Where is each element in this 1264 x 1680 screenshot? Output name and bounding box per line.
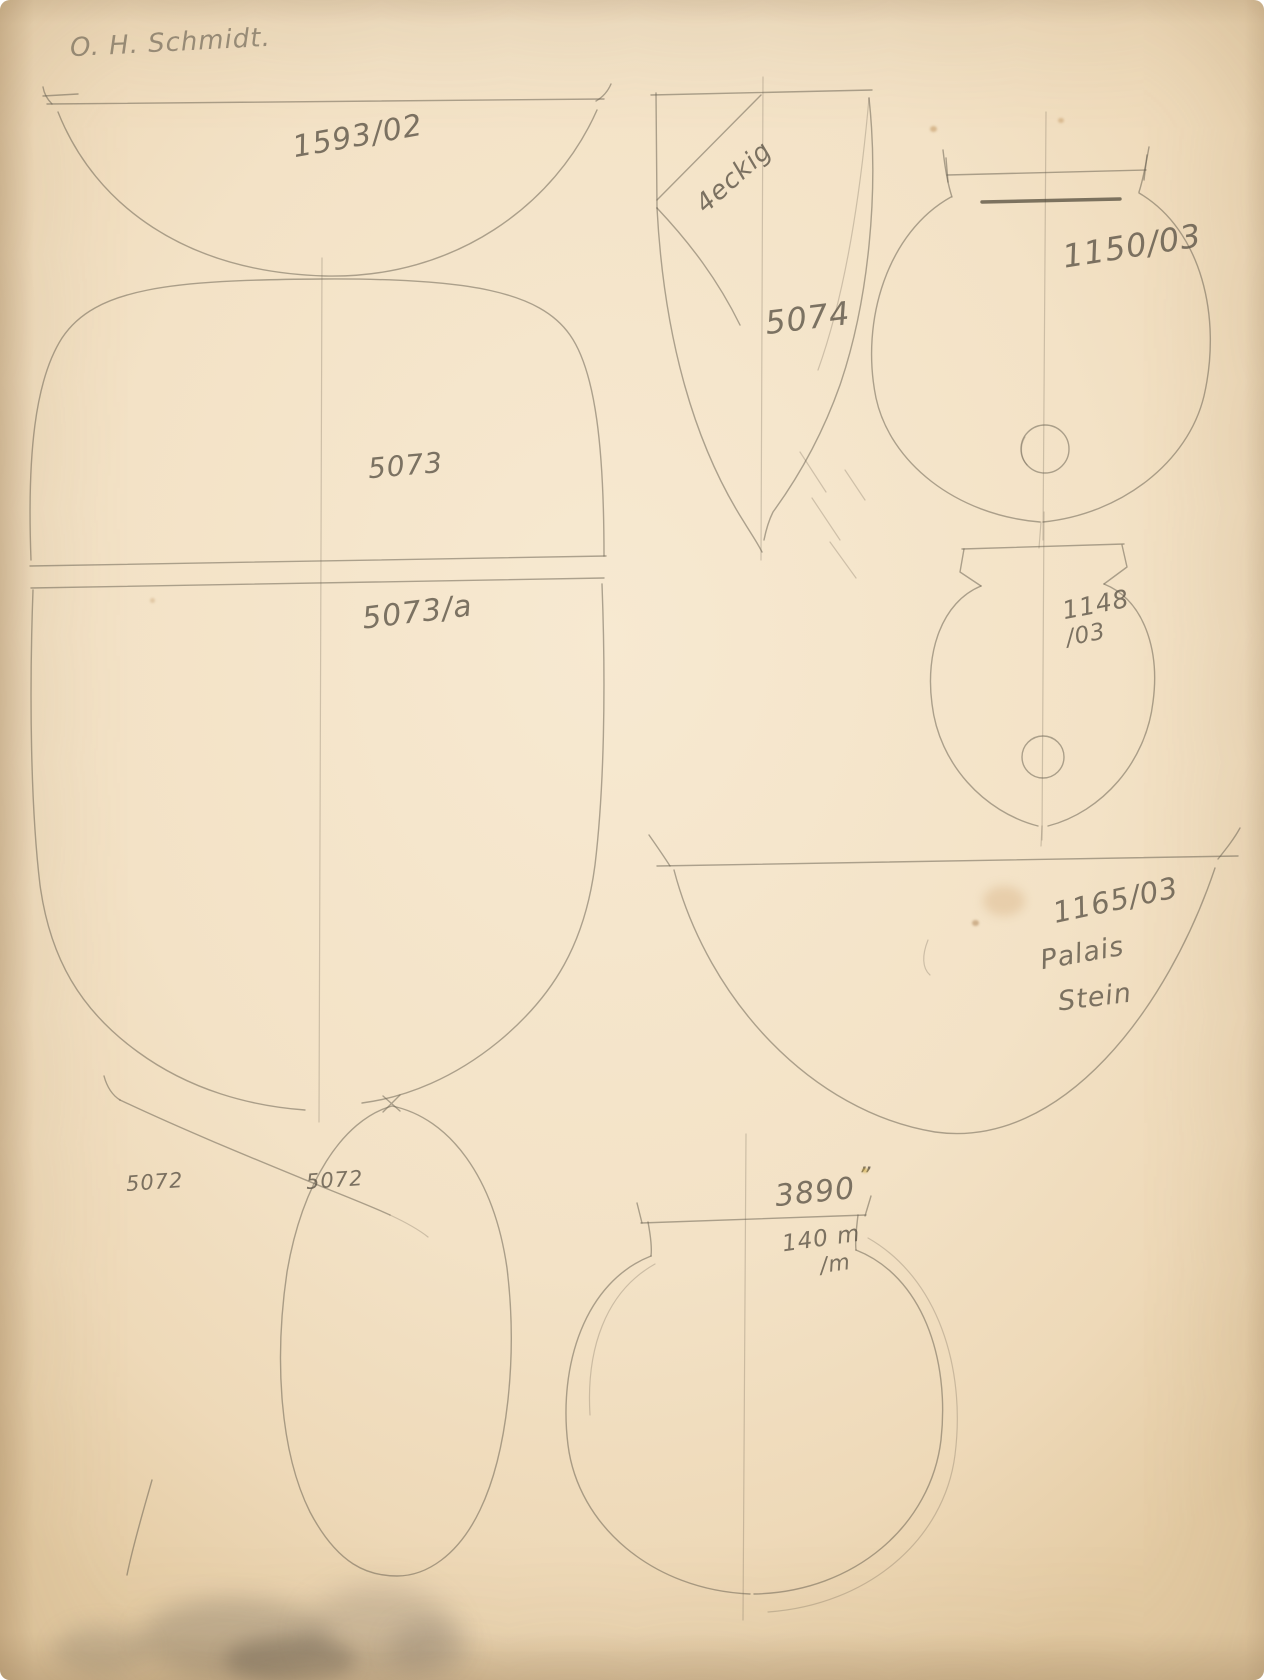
rim-step-left (960, 549, 981, 586)
label-teardrop-5072: 5072 (305, 1168, 364, 1193)
sketch-teardrop-5072 (281, 1095, 512, 1576)
shoulder-curve-fade (390, 1215, 428, 1237)
centerline-main (319, 258, 322, 1122)
rim-tick-left (43, 94, 78, 96)
sketch-vessel-5073 (30, 279, 606, 588)
rim-tick (104, 1076, 120, 1100)
stray-mark (924, 940, 930, 975)
rim-tick-right (865, 1196, 871, 1216)
scribble-1 (800, 452, 826, 492)
dome-profile (30, 279, 604, 560)
rim-line (641, 1215, 866, 1223)
sketchbook-page: O. H. Schmidt. 1593/02 5073 5073/a 4ecki… (0, 0, 1264, 1680)
top-line (651, 90, 872, 95)
sketch-bowl-1593 (43, 84, 611, 276)
sketch-vessel-5073a (31, 584, 604, 1110)
rim-line (657, 856, 1238, 866)
shoulder-curve (120, 1100, 390, 1215)
left-profile (657, 208, 762, 552)
label-pot-3890: 3890 (774, 1174, 857, 1212)
baseline-upper (30, 556, 606, 566)
scribble-4 (845, 470, 865, 500)
sketch-pot-1148 (930, 512, 1154, 846)
bottom-tail (1041, 826, 1042, 846)
scribble-3 (830, 542, 856, 578)
rim-step-right (1104, 545, 1127, 584)
label-vessel-5074: 5074 (763, 297, 852, 339)
label-vessel-5073: 5073 (367, 449, 444, 483)
sketch-fragment-5072 (104, 1076, 428, 1575)
body-left (31, 590, 305, 1110)
label-fragment-5072: 5072 (125, 1170, 184, 1195)
shoulder-heavy-line (982, 199, 1120, 202)
lower-arc (127, 1480, 152, 1575)
rim-flare-left (649, 835, 670, 866)
baseline-lower (31, 578, 604, 588)
mark-pot-3890: ” (858, 1164, 871, 1188)
bottom-tail (1039, 522, 1041, 548)
dim-pot-3890-bottom: /m (819, 1252, 853, 1278)
centerline (743, 1134, 746, 1620)
diagonal-lower (657, 208, 740, 325)
sketch-pot-1150 (872, 112, 1211, 548)
rim-line (947, 170, 1146, 175)
centerline (1043, 112, 1046, 540)
outer-arc-right (768, 1238, 957, 1612)
rim-line (47, 99, 604, 104)
left-edge (656, 93, 657, 208)
centerline (1042, 512, 1044, 840)
body-left (566, 1256, 750, 1594)
rim-tick-left (637, 1203, 642, 1223)
sketch-pot-3890 (566, 1134, 957, 1620)
rim-flare-right (1218, 828, 1240, 859)
scribble-2 (812, 498, 840, 540)
body-left (872, 197, 1040, 522)
body-right (754, 1250, 943, 1594)
body-right (362, 584, 604, 1103)
body-left (930, 586, 1038, 826)
inner-arc-left (589, 1264, 655, 1415)
sketch-bowl-1165 (649, 828, 1240, 1134)
neck-left (648, 1222, 651, 1256)
base-circle (1021, 425, 1069, 473)
rim-line (962, 544, 1124, 549)
